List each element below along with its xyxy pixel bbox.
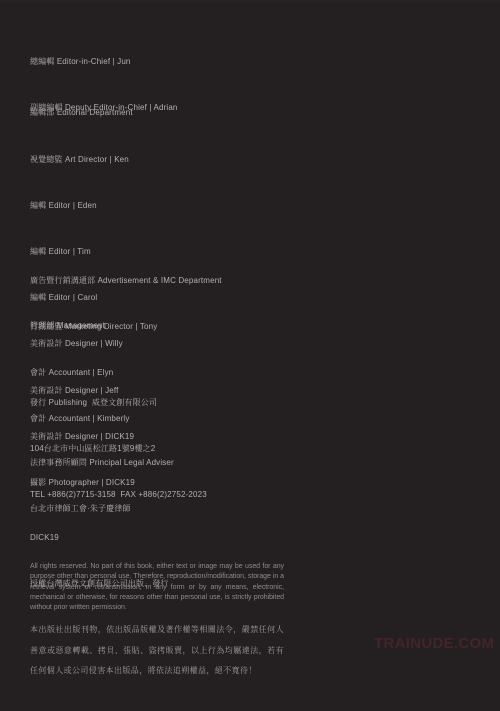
site-watermark: TRAINUDE.COM: [374, 635, 494, 652]
section-heading-editorial: 編輯部 Editorial Department: [30, 105, 135, 120]
copyright-notice-english: All rights reserved. No part of this boo…: [30, 562, 284, 614]
page-top-edge: [0, 0, 500, 2]
section-heading-management: 管理部 Management: [30, 318, 130, 333]
staff-line-art-director: 視覺總監 Art Director | Ken: [30, 152, 135, 167]
copyright-notice-chinese: 本出版社出版刊物，依出版品版權及著作權等相關法令，嚴禁任何人善意或惡意轉載、拷貝…: [30, 620, 284, 682]
staff-line-editor-eden: 編輯 Editor | Eden: [30, 198, 135, 213]
section-heading-ad-imc: 廣告暨行銷溝通部 Advertisement & IMC Department: [30, 273, 222, 288]
publisher-line: 發行 Publishing 威登文創有限公司: [30, 395, 207, 410]
staff-line-editor-in-chief: 總編輯 Editor-in-Chief | Jun: [30, 54, 178, 69]
license-brand: DICK19: [30, 530, 169, 545]
section-heading-legal-adviser: 法律事務所顧問 Principal Legal Adviser: [30, 455, 174, 470]
colophon-page: 總編輯 Editor-in-Chief | Jun 副總編輯 Deputy Ed…: [0, 0, 500, 711]
